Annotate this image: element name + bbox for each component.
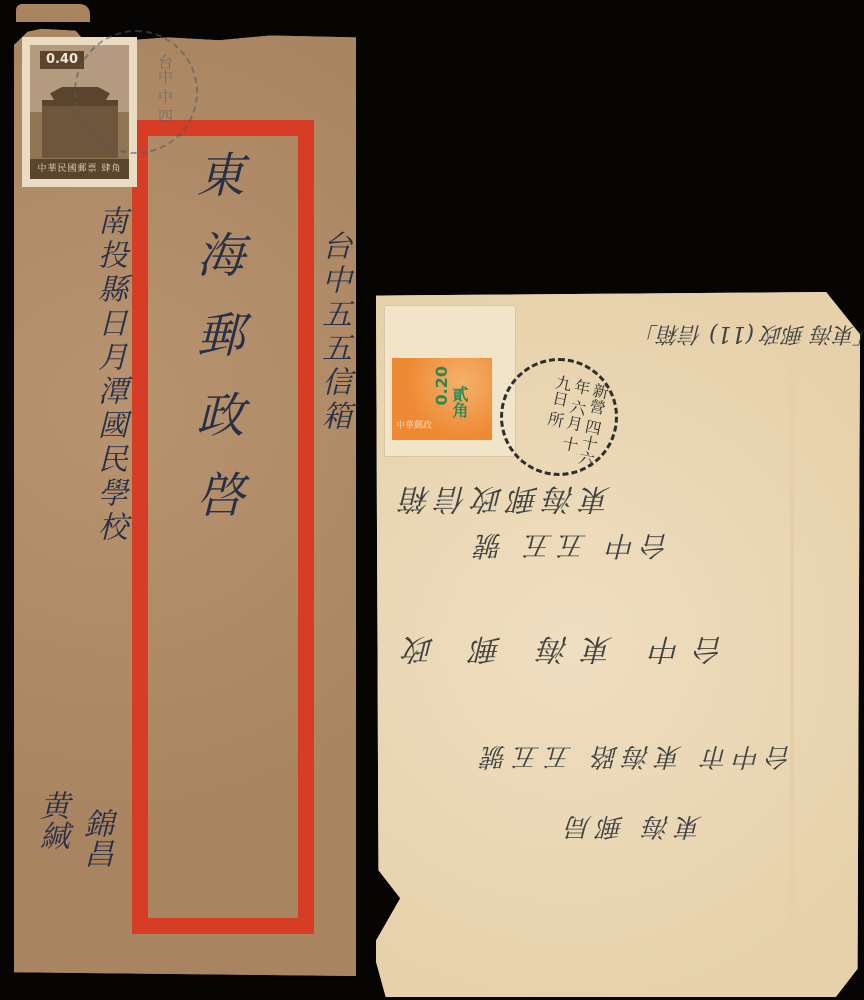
handwritten-note-top: 「東海 郵政 (11) 信箱」 <box>636 320 864 351</box>
stamp-country-text: 中華民國郵票 肆角 <box>30 159 129 179</box>
postmark-1: 台中 中 四 <box>74 30 198 154</box>
sender-name: 錦昌 <box>78 808 112 868</box>
sender-surname-sealed: 黄緘 <box>34 790 68 850</box>
handwritten-line-3: 台中 東海 郵 政 <box>390 630 725 674</box>
envelope-2-fold-crease <box>790 300 794 990</box>
sender-address: 南投縣日月潭國民學校 <box>92 205 126 545</box>
postmark-2: 新營 四十六年 六月 十九日 所 <box>500 358 618 476</box>
stamp-2-surcharge: 貳角 <box>448 386 471 418</box>
handwritten-line-4: 台中市 東海路 五五號 <box>476 740 793 777</box>
postmark-2-text: 新營 四十六年 六月 十九日 所 <box>509 367 611 469</box>
stamp-denomination: 肆角 <box>101 164 121 174</box>
handwritten-line-1: 東海郵政信箱 <box>395 480 611 524</box>
stamp-2-country: 中華郵政 <box>396 418 432 431</box>
stamp-value: 0.40 <box>40 51 84 69</box>
stamp-surcharged: 0.20 貳角 中華郵政 <box>392 358 492 440</box>
handwritten-line-5: 東海 郵局 <box>560 810 702 847</box>
stamp-country: 中華民國郵票 <box>38 164 98 174</box>
handwritten-line-2: 台中 五五 號 <box>470 527 670 567</box>
envelope-1-flap <box>16 4 90 22</box>
recipient-po-box: 台中五五信箱 <box>316 230 350 434</box>
postmark-1-text: 台中 中 四 <box>94 54 174 124</box>
recipient-name: 東海郵政啓 <box>186 150 246 550</box>
